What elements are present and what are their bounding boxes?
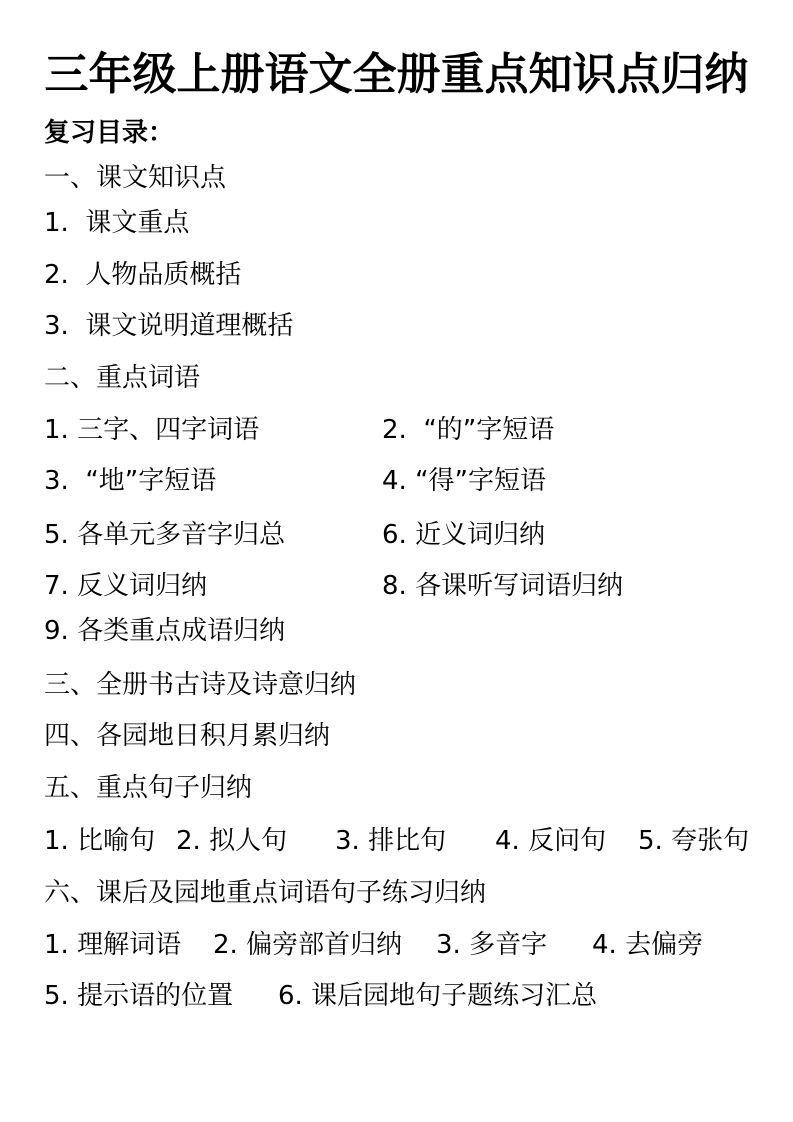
toc-item: 7. 反义词归纳 bbox=[44, 571, 207, 601]
toc-item: 8. 各课听写词语归纳 bbox=[382, 571, 623, 601]
toc-item: 2. “的”字短语 bbox=[382, 415, 554, 445]
toc-item: 1. 理解词语 bbox=[44, 930, 181, 960]
toc-line: 1. 比喻句 2. 拟人句 3. 排比句 4. 反问句 5. 夸张句 bbox=[44, 826, 764, 856]
toc-item: 4. 去偏旁 bbox=[592, 930, 703, 960]
toc-item: 2. 偏旁部首归纳 bbox=[213, 930, 402, 960]
toc-item: 5. 各单元多音字归总 bbox=[44, 520, 285, 550]
toc-section-heading: 三、全册书古诗及诗意归纳 bbox=[44, 670, 764, 700]
toc-item: 1. 课文重点 bbox=[44, 208, 189, 238]
toc-item: 3. “地”字短语 bbox=[44, 466, 216, 496]
toc-item: 4. “得”字短语 bbox=[382, 466, 546, 496]
toc-section-heading: 四、各园地日积月累归纳 bbox=[44, 721, 764, 751]
toc-line: 3. “地”字短语 4. “得”字短语 bbox=[44, 466, 764, 496]
toc-line: 9. 各类重点成语归纳 bbox=[44, 616, 764, 646]
toc-item: 5. 提示语的位置 bbox=[44, 981, 233, 1011]
toc-line: 1. 课文重点 bbox=[44, 208, 764, 238]
toc-item: 3. 排比句 bbox=[335, 826, 446, 856]
toc-section-heading: 一、课文知识点 bbox=[44, 163, 764, 193]
toc-item: 1. 比喻句 bbox=[44, 826, 155, 856]
toc-item: 5. 夸张句 bbox=[638, 826, 749, 856]
toc-line: 2. 人物品质概括 bbox=[44, 260, 764, 290]
toc-heading: 复习目录： bbox=[44, 118, 174, 148]
toc-item: 1. 三字、四字词语 bbox=[44, 415, 259, 445]
toc-line: 1. 三字、四字词语 2. “的”字短语 bbox=[44, 415, 764, 445]
toc-line: 3. 课文说明道理概括 bbox=[44, 311, 764, 341]
toc-item: 2. 拟人句 bbox=[176, 826, 287, 856]
toc-line: 1. 理解词语 2. 偏旁部首归纳 3. 多音字 4. 去偏旁 bbox=[44, 930, 764, 960]
toc-section-heading: 五、重点句子归纳 bbox=[44, 773, 764, 803]
toc-item: 三、全册书古诗及诗意归纳 bbox=[44, 670, 356, 700]
toc-item: 四、各园地日积月累归纳 bbox=[44, 721, 330, 751]
toc-item: 4. 反问句 bbox=[495, 826, 606, 856]
toc-line: 5. 各单元多音字归总 6. 近义词归纳 bbox=[44, 520, 764, 550]
toc-item: 6. 近义词归纳 bbox=[382, 520, 545, 550]
toc-item: 2. 人物品质概括 bbox=[44, 260, 241, 290]
toc-item: 6. 课后园地句子题练习汇总 bbox=[278, 981, 597, 1011]
toc-item: 五、重点句子归纳 bbox=[44, 773, 252, 803]
toc-line: 5. 提示语的位置 6. 课后园地句子题练习汇总 bbox=[44, 981, 764, 1011]
toc-item: 二、重点词语 bbox=[44, 363, 200, 393]
toc-line: 7. 反义词归纳 8. 各课听写词语归纳 bbox=[44, 571, 764, 601]
toc-item: 一、课文知识点 bbox=[44, 163, 226, 193]
document-title: 三年级上册语文全册重点知识点归纳 bbox=[0, 50, 793, 100]
toc-item: 六、课后及园地重点词语句子练习归纳 bbox=[44, 878, 486, 908]
toc-item: 3. 多音字 bbox=[436, 930, 547, 960]
document-page: 三年级上册语文全册重点知识点归纳 复习目录： 一、课文知识点 1. 课文重点 2… bbox=[0, 0, 793, 1122]
toc-section-heading: 二、重点词语 bbox=[44, 363, 764, 393]
toc-item: 9. 各类重点成语归纳 bbox=[44, 616, 285, 646]
toc-item: 3. 课文说明道理概括 bbox=[44, 311, 293, 341]
toc-section-heading: 六、课后及园地重点词语句子练习归纳 bbox=[44, 878, 764, 908]
